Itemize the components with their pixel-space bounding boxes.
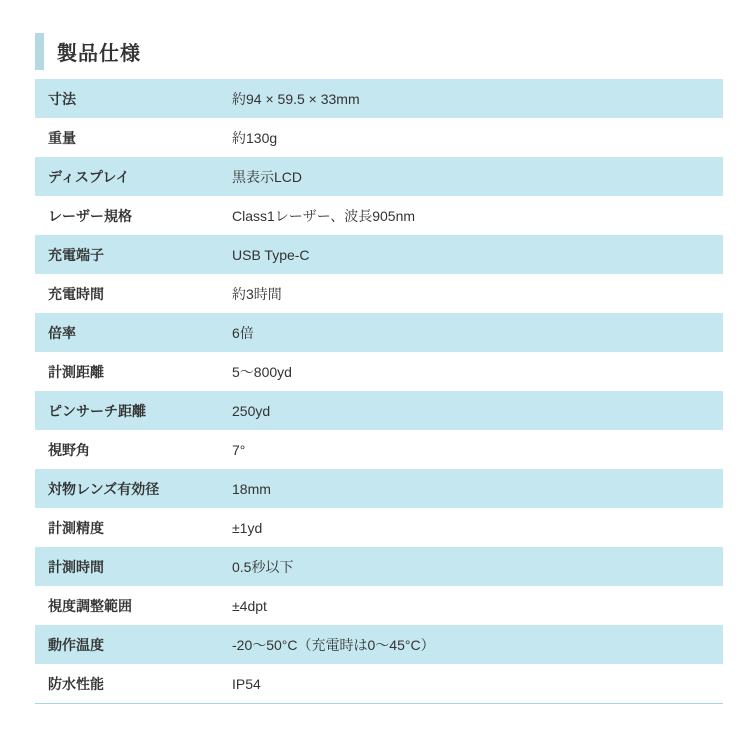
spec-label: 計測距離 (35, 362, 232, 382)
spec-row-objective-lens-diameter: 対物レンズ有効径 18mm (35, 469, 723, 508)
spec-row-display: ディスプレイ 黒表示LCD (35, 157, 723, 196)
spec-row-measuring-time: 計測時間 0.5秒以下 (35, 547, 723, 586)
spec-row-charging-time: 充電時間 約3時間 (35, 274, 723, 313)
title-accent-bar (35, 33, 44, 70)
spec-row-measuring-range: 計測距離 5〜800yd (35, 352, 723, 391)
spec-label: ディスプレイ (35, 167, 232, 187)
spec-label: 寸法 (35, 89, 232, 109)
spec-value: 6倍 (232, 323, 723, 343)
section-header: 製品仕様 (35, 33, 723, 70)
spec-label: 対物レンズ有効径 (35, 479, 232, 499)
spec-value: 18mm (232, 481, 723, 497)
spec-row-pin-search-range: ピンサーチ距離 250yd (35, 391, 723, 430)
spec-value: 黒表示LCD (232, 167, 723, 187)
spec-row-charging-port: 充電端子 USB Type-C (35, 235, 723, 274)
spec-label: 充電端子 (35, 245, 232, 265)
spec-row-laser-standard: レーザー規格 Class1レーザー、波長905nm (35, 196, 723, 235)
spec-value: 約94 × 59.5 × 33mm (232, 89, 723, 109)
spec-label: 重量 (35, 128, 232, 148)
spec-value: 約3時間 (232, 284, 723, 304)
spec-value: IP54 (232, 676, 723, 692)
spec-row-measuring-accuracy: 計測精度 ±1yd (35, 508, 723, 547)
spec-value: USB Type-C (232, 247, 723, 263)
spec-row-waterproof-rating: 防水性能 IP54 (35, 664, 723, 703)
spec-row-diopter-adjustment-range: 視度調整範囲 ±4dpt (35, 586, 723, 625)
spec-label: ピンサーチ距離 (35, 401, 232, 421)
spec-value: 約130g (232, 128, 723, 148)
spec-value: 250yd (232, 403, 723, 419)
spec-row-dimensions: 寸法 約94 × 59.5 × 33mm (35, 79, 723, 118)
spec-label: 動作温度 (35, 635, 232, 655)
spec-table: 寸法 約94 × 59.5 × 33mm 重量 約130g ディスプレイ 黒表示… (35, 79, 723, 704)
spec-label: 防水性能 (35, 674, 232, 694)
spec-value: 7° (232, 442, 723, 458)
spec-value: -20〜50°C（充電時は0〜45°C） (232, 635, 723, 655)
spec-row-magnification: 倍率 6倍 (35, 313, 723, 352)
spec-value: ±1yd (232, 520, 723, 536)
product-spec-page: 製品仕様 寸法 約94 × 59.5 × 33mm 重量 約130g ディスプレ… (0, 0, 750, 750)
spec-value: 0.5秒以下 (232, 557, 723, 577)
spec-value: Class1レーザー、波長905nm (232, 206, 723, 226)
spec-label: 視度調整範囲 (35, 596, 232, 616)
spec-row-weight: 重量 約130g (35, 118, 723, 157)
spec-label: 視野角 (35, 440, 232, 460)
spec-value: ±4dpt (232, 598, 723, 614)
spec-label: 計測時間 (35, 557, 232, 577)
spec-label: 充電時間 (35, 284, 232, 304)
spec-row-operating-temperature: 動作温度 -20〜50°C（充電時は0〜45°C） (35, 625, 723, 664)
spec-row-field-of-view: 視野角 7° (35, 430, 723, 469)
page-title: 製品仕様 (57, 37, 141, 66)
spec-value: 5〜800yd (232, 362, 723, 382)
spec-label: 倍率 (35, 323, 232, 343)
spec-label: レーザー規格 (35, 206, 232, 226)
spec-label: 計測精度 (35, 518, 232, 538)
